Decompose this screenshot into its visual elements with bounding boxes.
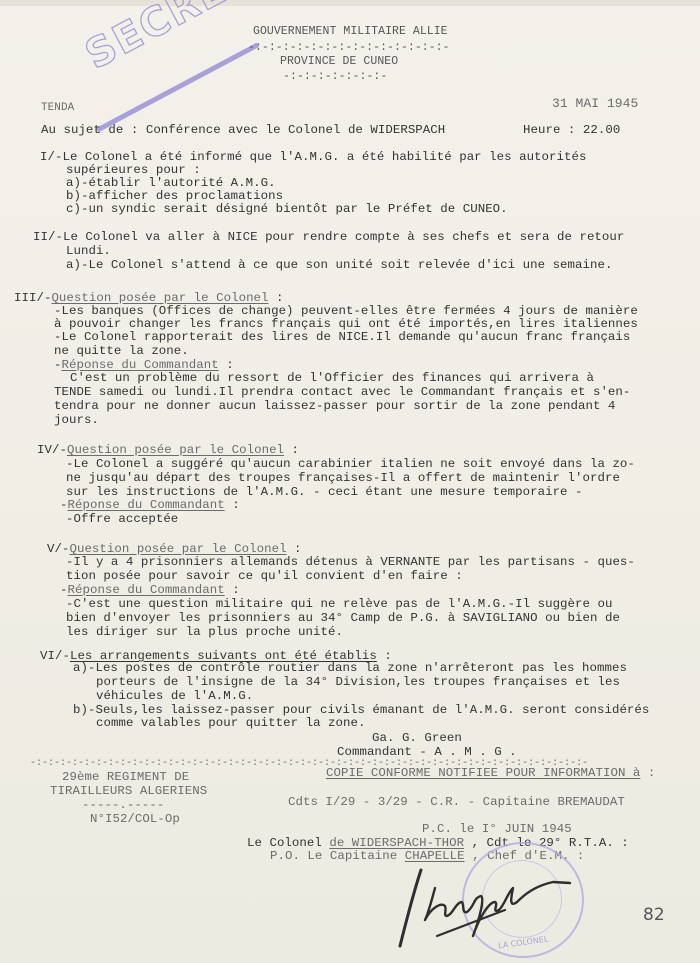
dash: - [54,358,62,372]
org-title: GOUVERNEMENT MILITAIRE ALLIE [253,25,448,39]
question-heading: Question posée par le Colonel [67,443,284,457]
pc-date: P.C. le I° JUIN 1945 [422,822,572,836]
section-3-reply-1: C'est un problème du ressort de l'Offici… [70,371,594,385]
section-1-line-1: I/-Le Colonel a été informé que l'A.M.G.… [40,150,586,164]
section-3-reply-3: tendra pour ne donner aucun laissez-pass… [54,399,615,413]
section-1-item-a: a)-établir l'autorité A.M.G. [66,176,276,190]
page-number: 82 [643,905,665,925]
section-3-reply-4: jours. [54,413,99,427]
section-text: Le Colonel a été informé que l'A.M.G. a … [62,150,586,164]
section-5-line-2: tion posée pour savoir ce qu'il convient… [66,569,463,583]
section-5-reply-2: bien d'envoyer les prisonniers au 34° Ca… [66,611,620,625]
section-3-heading: III/-Question posée par le Colonel : [14,291,284,305]
reference-number: N°I52/COL-Op [90,812,180,826]
colon: : [287,542,302,556]
paper-edge [0,0,700,6]
section-number: V/- [47,542,69,556]
section-5-heading: V/-Question posée par le Colonel : [47,542,302,556]
section-3-line-2: à pouvoir changer les francs français qu… [54,317,638,331]
colon: : [284,443,299,457]
colon: : [269,291,284,305]
section-5-line-1: -Il y a 4 prisonniers allemands détenus … [66,555,635,569]
colon: : [225,498,240,512]
unit-line-1: 29ème REGIMENT DE [62,770,189,784]
section-number: VI/- [40,649,70,663]
header-separator: -:-:-:-:-:-:-:-:-:-:-:-:-:-:- [248,41,450,55]
dash: - [60,583,68,597]
reply-heading: Réponse du Commandant [68,498,225,512]
section-5-reply-1: -C'est une question militaire qui ne rel… [66,597,612,611]
section-2-line-2: Lundi. [66,244,111,258]
time-label: Heure : [523,123,575,137]
section-1-item-b: b)-afficher des proclamations [66,189,283,203]
copy-heading: COPIE CONFORME NOTIFIEE POUR INFORMATION… [326,766,640,780]
section-2-item-a: a)-Le Colonel s'attend à ce que son unit… [66,258,612,272]
section-6-b-2: comme valables pour quitter la zone. [96,716,365,730]
handwritten-signature [385,858,585,953]
section-3-reply-heading: -Réponse du Commandant : [54,358,234,372]
section-4-line-2: ne jusqu'au départ des troupes française… [66,471,620,485]
section-3-line-1: -Les banques (Offices de change) peuvent… [54,304,638,318]
subject-label: Au sujet de : [41,123,138,137]
dash: - [60,498,68,512]
colon: : [225,583,240,597]
signatory-name: Ga. G. Green [372,731,462,745]
section-6-a-1: a)-Les postes de contrôle routier dans l… [73,661,627,675]
section-number: IV/- [37,443,67,457]
section-6-a-3: véhicules de l'A.M.G. [96,689,253,703]
unit-separator: -----.----- [82,798,164,812]
colonel-prefix: Le Colonel [247,836,329,850]
reply-heading: Réponse du Commandant [62,358,219,372]
section-3-line-3: -Le Colonel rapporterait des lires de NI… [54,330,630,344]
time: 22.00 [583,123,620,137]
colon: : [219,358,234,372]
section-5-reply-3: les diriger sur la plus proche unité. [66,625,343,639]
section-4-reply-1: -Offre acceptée [66,512,178,526]
header-separator-2: -:-:-:-:-:-:-:- [283,70,387,84]
section-number: III/- [14,291,51,305]
section-number: II/- [33,230,63,244]
document-page: SECRET GOUVERNEMENT MILITAIRE ALLIE -:-:… [0,0,700,963]
time-line: Heure : 22.00 [523,123,620,137]
section-4-line-1: -Le Colonel a suggéré qu'aucun carabinie… [66,457,635,471]
copy-heading-line: COPIE CONFORME NOTIFIEE POUR INFORMATION… [326,766,655,780]
section-6-a-2: porteurs de l'insigne de la 34° Division… [96,675,620,689]
section-2-line-1: II/-Le Colonel va aller à NICE pour rend… [33,230,624,244]
section-text: Le Colonel va aller à NICE pour rendre c… [63,230,624,244]
section-4-line-3: sur les instructions de l'A.M.G. - ceci … [66,485,583,499]
unit-line-2: TIRAILLEURS ALGERIENS [50,784,207,798]
question-heading: Question posée par le Colonel [69,542,286,556]
section-6-b-1: b)-Seuls,les laissez-passer pour civils … [73,703,649,717]
colonel-line: Le Colonel de WIDERSPACH-THOR , Cdt le 2… [247,836,629,850]
subject: Conférence avec le Colonel de WIDERSPACH [146,123,445,137]
subject-line: Au sujet de : Conférence avec le Colonel… [41,123,445,137]
province-title: PROVINCE DE CUNEO [280,55,398,69]
section-3-line-4: ne quitte la zone. [54,344,189,358]
colon: : [640,766,655,780]
place: TENDA [41,101,74,115]
reply-heading: Réponse du Commandant [68,583,225,597]
date: 31 MAI 1945 [552,97,638,111]
section-5-reply-heading: -Réponse du Commandant : [60,583,240,597]
section-3-reply-2: TENDE samedi ou lundi.Il prendra contact… [54,385,630,399]
secret-stamp: SECRET [78,0,261,79]
recipients: Cdts I/29 - 3/29 - C.R. - Capitaine BREM… [288,795,625,809]
section-4-heading: IV/-Question posée par le Colonel : [37,443,299,457]
section-number: I/- [40,150,62,164]
colonel-name: de WIDERSPACH-THOR [329,836,464,850]
section-1-line-2: supérieures pour : [66,163,201,177]
question-heading: Question posée par le Colonel [51,291,268,305]
section-4-reply-heading: -Réponse du Commandant : [60,498,240,512]
section-1-item-c: c)-un syndic serait désigné bientôt par … [66,202,508,216]
